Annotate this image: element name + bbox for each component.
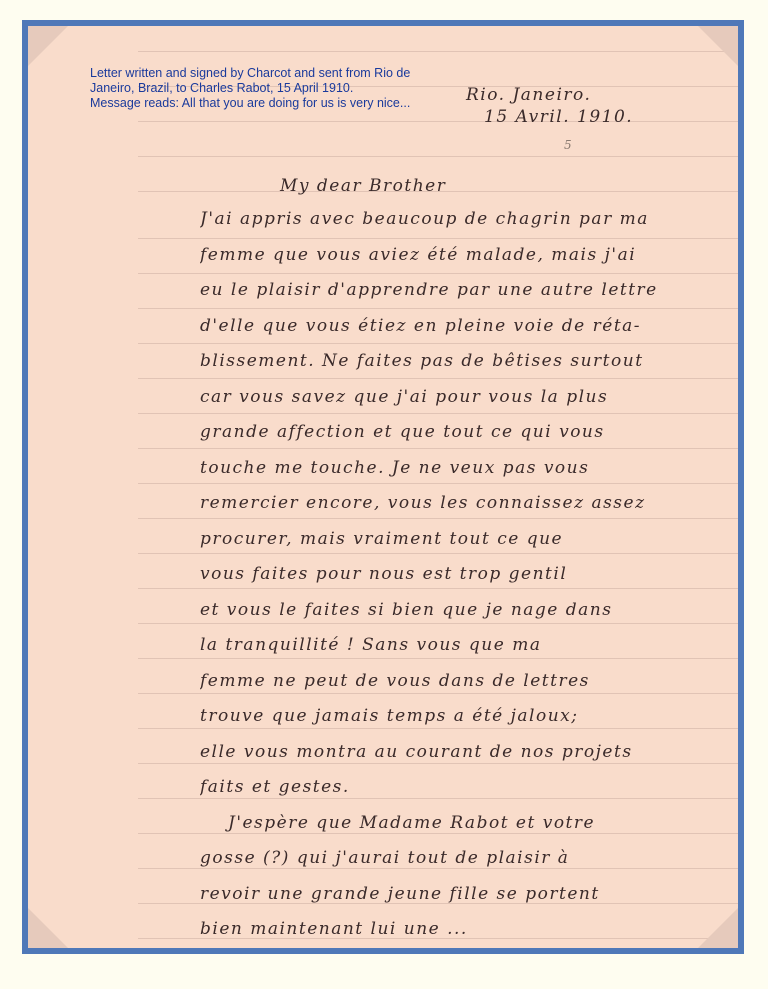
handwritten-line: J'ai appris avec beaucoup de chagrin par… xyxy=(200,204,730,240)
handwritten-line: et vous le faites si bien que je nage da… xyxy=(200,595,730,631)
page-mark: 5 xyxy=(564,138,573,152)
handwritten-line: gosse (?) qui j'aurai tout de plaisir à xyxy=(200,843,730,879)
photo-corner-top-right xyxy=(698,26,738,66)
letter-place: Rio. Janeiro. xyxy=(466,84,633,106)
letter-date: 15 Avril. 1910. xyxy=(466,106,633,128)
photo-corner-top-left xyxy=(28,26,68,66)
handwritten-line: elle vous montra au courant de nos proje… xyxy=(200,737,730,773)
caption-line: Message reads: All that you are doing fo… xyxy=(90,96,430,111)
handwritten-line: faits et gestes. xyxy=(200,772,730,808)
handwritten-line: femme ne peut de vous dans de lettres xyxy=(200,666,730,702)
letter-paper: Letter written and signed by Charcot and… xyxy=(28,26,738,948)
caption-line: Letter written and signed by Charcot and… xyxy=(90,66,430,81)
handwritten-line: bien maintenant lui une ... xyxy=(200,914,730,948)
handwritten-line: procurer, mais vraiment tout ce que xyxy=(200,524,730,560)
handwritten-line: remercier encore, vous les connaissez as… xyxy=(200,488,730,524)
handwritten-line: femme que vous aviez été malade, mais j'… xyxy=(200,240,730,276)
caption-line: Janeiro, Brazil, to Charles Rabot, 15 Ap… xyxy=(90,81,430,96)
handwritten-line: touche me touche. Je ne veux pas vous xyxy=(200,453,730,489)
letter-heading: Rio. Janeiro. 15 Avril. 1910. xyxy=(466,84,633,128)
letter-body: J'ai appris avec beaucoup de chagrin par… xyxy=(200,204,730,948)
salutation: My dear Brother xyxy=(280,176,446,196)
handwritten-line: la tranquillité ! Sans vous que ma xyxy=(200,630,730,666)
caption: Letter written and signed by Charcot and… xyxy=(90,66,430,111)
handwritten-line: eu le plaisir d'apprendre par une autre … xyxy=(200,275,730,311)
handwritten-line: car vous savez que j'ai pour vous la plu… xyxy=(200,382,730,418)
photo-corner-bottom-left xyxy=(28,908,68,948)
handwritten-line: J'espère que Madame Rabot et votre xyxy=(200,808,730,844)
handwritten-line: revoir une grande jeune fille se portent xyxy=(200,879,730,915)
handwritten-line: d'elle que vous étiez en pleine voie de … xyxy=(200,311,730,347)
handwritten-line: trouve que jamais temps a été jaloux; xyxy=(200,701,730,737)
handwritten-line: blissement. Ne faites pas de bêtises sur… xyxy=(200,346,730,382)
handwritten-line: grande affection et que tout ce qui vous xyxy=(200,417,730,453)
handwritten-line: vous faites pour nous est trop gentil xyxy=(200,559,730,595)
